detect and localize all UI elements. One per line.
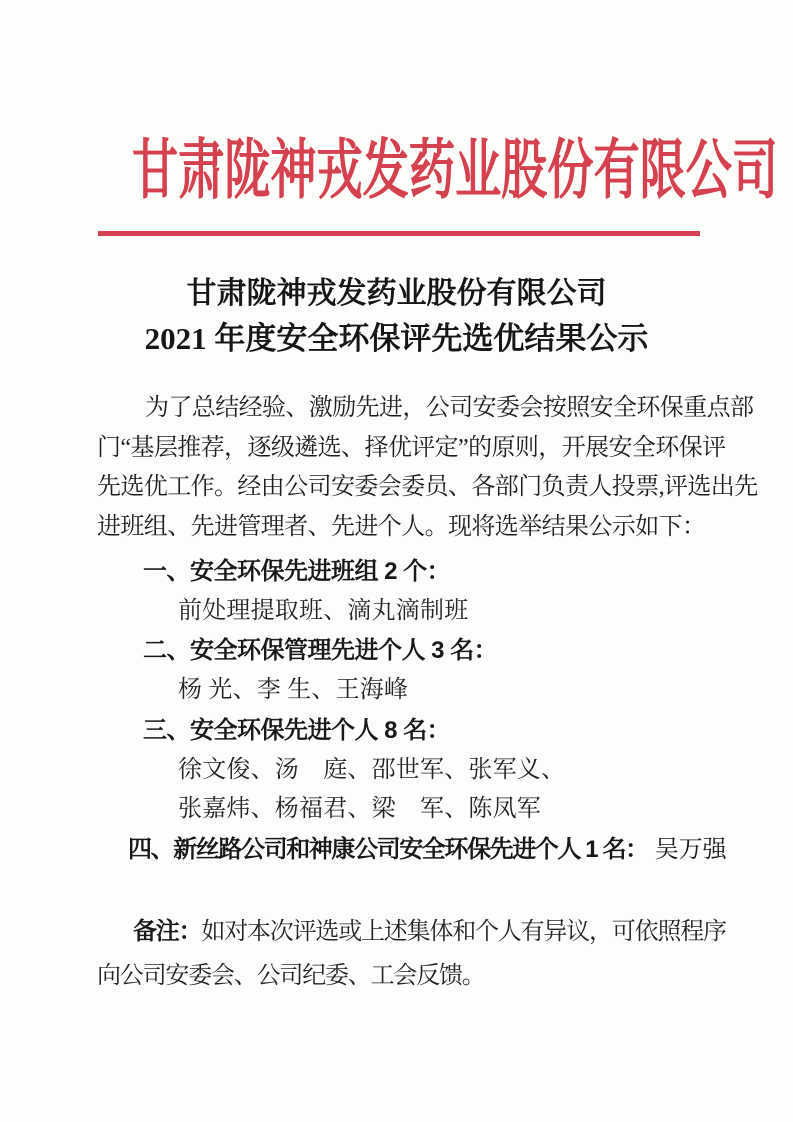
intro-line-2: 门“基层推荐，逐级遴选、择优评定”的原则，开展安全环保评 — [97, 429, 701, 469]
results-list: 一、安全环保先进班组 2 个： 前处理提取班、滴丸滴制班 二、安全环保管理先进个… — [97, 552, 757, 871]
section-4-heading: 四、新丝路公司和神康公司安全环保先进个人 1 名： — [128, 836, 648, 863]
note-paragraph: 备注：如对本次评选或上述集体和个人有异议，可依照程序 向公司安委会、公司纪委、工… — [97, 910, 727, 998]
section-1-names: 前处理提取班、滴丸滴制班 — [97, 592, 757, 632]
section-2-names: 杨 光、李 生、王海峰 — [97, 671, 757, 711]
note-line-2: 向公司安委会、公司纪委、工会反馈。 — [97, 954, 727, 998]
intro-line-1: 为了总结经验、激励先进，公司安委会按照安全环保重点部 — [97, 389, 701, 429]
note-line-1: 备注：如对本次评选或上述集体和个人有异议，可依照程序 — [97, 910, 727, 954]
note-label: 备注： — [133, 918, 201, 945]
section-4-row: 四、新丝路公司和神康公司安全环保先进个人 1 名：吴万强 — [97, 830, 757, 871]
document-title-line1: 甘肃陇神戎发药业股份有限公司 — [0, 271, 793, 316]
document-title: 甘肃陇神戎发药业股份有限公司 2021 年度安全环保评先选优结果公示 — [0, 271, 793, 361]
intro-paragraph: 为了总结经验、激励先进，公司安委会按照安全环保重点部 门“基层推荐，逐级遴选、择… — [97, 389, 701, 547]
section-2-heading: 二、安全环保管理先进个人 3 名： — [97, 631, 757, 671]
section-3-names-line2: 张嘉炜、杨福君、梁 军、陈凤军 — [97, 790, 757, 830]
scanned-announcement-page: 甘肃陇神戎发药业股份有限公司 甘肃陇神戎发药业股份有限公司 2021 年度安全环… — [0, 0, 793, 1122]
section-3-heading: 三、安全环保先进个人 8 名： — [97, 711, 757, 751]
section-4-winner-name: 吴万强 — [655, 837, 727, 863]
letterhead: 甘肃陇神戎发药业股份有限公司 — [0, 132, 793, 210]
document-title-line2: 2021 年度安全环保评先选优结果公示 — [0, 316, 793, 361]
intro-line-4: 进班组、先进管理者、先进个人。现将选举结果公示如下： — [97, 508, 701, 548]
letterhead-divider-line — [98, 231, 700, 236]
letterhead-company-name: 甘肃陇神戎发药业股份有限公司 — [132, 132, 778, 210]
note-line-1-text: 如对本次评选或上述集体和个人有异议，可依照程序 — [201, 919, 725, 945]
section-1-heading: 一、安全环保先进班组 2 个： — [97, 552, 757, 592]
intro-line-3: 先选优工作。经由公司安委会委员、各部门负责人投票,评选出先 — [97, 468, 701, 508]
section-3-names-line1: 徐文俊、汤 庭、邵世军、张军义、 — [97, 751, 757, 791]
